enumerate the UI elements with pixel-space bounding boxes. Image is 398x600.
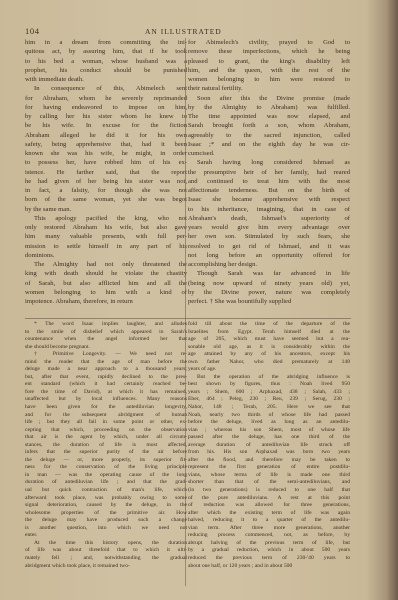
text-line: The Almighty had not only threatened the [25, 260, 187, 269]
page-number: 104 [25, 26, 40, 36]
text-line: of the pure antediluvians. A rest at thi… [188, 495, 350, 503]
text-line: but, after that event, rapidly declined … [25, 374, 187, 382]
text-line: reduced the previous term of 230-'40 yea… [188, 555, 350, 563]
text-line: her own son. Stimulated by such fears, s… [188, 232, 350, 241]
text-line: In consequence of this, Abimelech sent [25, 84, 187, 93]
text-line: Abraham's death, Ishmael's superiority o… [188, 214, 350, 223]
text-line: their natural fertility. [188, 84, 350, 93]
text-line: of reduction was allowed for three gener… [188, 502, 350, 510]
text-line: (in two generations) is reduced to one h… [188, 487, 350, 495]
text-line: mately fell ; and, notwithstanding the g… [25, 555, 187, 563]
text-line: unaffected but by local influences. Many… [25, 396, 187, 404]
text-line: after the flood, and therefore may be ta… [188, 457, 350, 465]
text-line: perfect. † She was bountifully supplied [188, 297, 350, 306]
text-line: ness for the conservation of the living … [25, 464, 187, 472]
text-line: the presumptive heir of her family, had … [188, 168, 350, 177]
text-line: quitous act, by assuring him, that if he… [25, 47, 187, 56]
text-line: and for the subsequent abridgment of hum… [25, 412, 187, 420]
text-line: age attained by any of his ancestors, ex… [188, 351, 350, 359]
text-line: him, and the queen, with the rest of the [188, 66, 350, 75]
text-line: and continued to treat him with the most [188, 177, 350, 186]
text-line: by the Almighty to Abraham) was fulfille… [188, 103, 350, 112]
text-line: for having endeavored to impose on him, [25, 103, 187, 112]
text-line: in fact, a falsity, for though she was n… [25, 186, 187, 195]
footnote-rule [25, 318, 351, 319]
text-line: him many valuable presents, with full pe… [25, 232, 187, 241]
text-line: affectionate tenderness. But on the birt… [188, 186, 350, 195]
text-line: (being now upward of ninety years old) y… [188, 279, 350, 288]
text-line: Though Sarah was far advanced in life [188, 269, 350, 278]
text-line: afterward took place, was probably owing… [25, 495, 187, 503]
text-line: own father Nahor, who died prematurely a… [188, 359, 350, 367]
text-line: for Abimelech's civility, prayed to God … [188, 38, 350, 47]
text-line: women belonging to him were restored to [188, 75, 350, 84]
text-line: istence. He farther said, that the repor… [25, 168, 187, 177]
text-line: the deluge — or, more properly, its supe… [25, 457, 187, 465]
text-line: wholesome properties of the primitive ai… [25, 510, 187, 518]
text-line: years would give him every advantage ove… [188, 223, 350, 232]
text-line: best shown by figures, thus : Noah lived… [188, 381, 350, 389]
body-paragraph: him in a dream from committing the ini-q… [25, 38, 187, 84]
text-line: Eber, 464 ; Peleg, 230 ; Reu, 239 ; Seru… [188, 396, 350, 404]
text-line: vian term. After three more generations,… [188, 525, 350, 533]
text-line: before the deluge, lived as long as an a… [188, 419, 350, 427]
text-line: Isaac she became apprehensive with respe… [188, 195, 350, 204]
text-line: Sarah having long considered Ishmael as [188, 158, 350, 167]
text-line: the deluge may have produced such a chan… [25, 517, 187, 525]
text-line: prophet, his conduct should be punished [25, 66, 187, 75]
text-line: after which the existing term of life wa… [188, 510, 350, 518]
text-line: king with death should he violate the ch… [25, 269, 187, 278]
book-page: 104 AN ILLUSTRATED him in a dream from c… [0, 0, 398, 600]
text-line: that air is the agent by which, under al… [25, 434, 187, 442]
text-line: abrupt halving of the previous term of l… [188, 540, 350, 548]
text-line: only restored Abraham his wife, but also… [25, 223, 187, 232]
text-line: * The word Isaac implies laughter, and a… [25, 321, 187, 329]
text-line: ent standard (which it had certainly rea… [25, 381, 187, 389]
text-line: about one half, or 120 years ; and in ab… [188, 563, 350, 571]
running-head: AN ILLUSTRATED [145, 27, 222, 36]
text-line: halved, reducing it to a quarter of the … [188, 517, 350, 525]
text-line: have been given for the antediluvian lon… [25, 404, 187, 412]
text-line: resolved to get rid of Ishmael, and it w… [188, 242, 350, 251]
text-line: passed after the deluge, has one third o… [188, 434, 350, 442]
text-line: to his inheritance, imagining, that in c… [188, 205, 350, 214]
text-line: sonable old age, as it is considerably w… [188, 344, 350, 352]
text-line: Noah, nearly two thirds of whose life ha… [188, 412, 350, 420]
text-line: for Abraham, whom he severely reprimande… [25, 94, 187, 103]
body-paragraph: Though Sarah was far advanced in life(be… [188, 269, 350, 306]
footnote-paragraph: fold till about the time of the departur… [188, 321, 350, 374]
text-line: duration of antediluvian life ; and that… [25, 479, 187, 487]
page-header: 104 AN ILLUSTRATED [25, 26, 375, 38]
text-line: to his bed a woman, whose husband was a [25, 57, 187, 66]
text-line: dominions. [25, 251, 187, 260]
text-line: from his. His son Arphaxad was born two … [188, 449, 350, 457]
text-line: by a gradual reduction, which in about 5… [188, 547, 350, 555]
text-line: fore the time of David), at which it has… [25, 389, 187, 397]
text-line: reducing process commenced, not, as befo… [188, 532, 350, 540]
text-line: Israelites from Egypt. Terah himself die… [188, 329, 350, 337]
body-paragraph: Sarah having long considered Ishmael ast… [188, 158, 350, 269]
text-line: deluge made a near approach to a thousan… [25, 366, 187, 374]
text-line: he had given of her being his sister was… [25, 177, 187, 186]
text-line: safety, being apprehensive that, had it … [25, 140, 187, 149]
body-paragraph: In consequence of this, Abimelech sentfo… [25, 84, 187, 214]
text-line: is another question, into which we need … [25, 525, 187, 533]
text-line: by the Divine power, nature was complete… [188, 288, 350, 297]
text-line: Abraham alleged he did it for his own [25, 131, 187, 140]
text-line: born of the same woman, yet she was bego… [25, 195, 187, 204]
text-line: years of age. [188, 366, 350, 374]
text-line: life ; but they all fail in some point o… [25, 419, 187, 427]
text-line: years ; Shem, 600 ; Arphaxad, 438 ; Sala… [188, 389, 350, 397]
text-line: Isaac ;* and on the eighth day he was ci… [188, 140, 350, 149]
body-paragraph: This apology pacified the king, who noto… [25, 214, 187, 260]
text-line: cepting that which, proceeding on the ob… [25, 427, 187, 435]
text-line: agreeably to the sacred injunction, call… [188, 131, 350, 140]
left-column: him in a dream from committing the ini-q… [25, 38, 187, 306]
text-line: Soon after this the Divine promise (made [188, 94, 350, 103]
text-line: to possess her, have robbed him of his e… [25, 158, 187, 167]
text-line: she should become pregnant. [25, 344, 187, 352]
text-line: represent the first generation of entire… [188, 464, 350, 472]
text-line: Sarah brought forth a son, whom Abraham, [188, 121, 350, 130]
text-line: At the time this history opens, the dura… [25, 540, 187, 548]
body-paragraph: Soon after this the Divine promise (made… [188, 94, 350, 159]
text-line: ual but quick contraction of man's life,… [25, 487, 187, 495]
text-line: countenance when the angel informed her … [25, 336, 187, 344]
text-line: pleased to grant, the king's disability … [188, 57, 350, 66]
body-paragraph: The Almighty had not only threatened the… [25, 260, 187, 306]
text-line: with immediate death. [25, 75, 187, 84]
text-line: of life was about threefold that to whic… [25, 547, 187, 555]
text-line: of Sarah, but also afflicted him and all… [25, 279, 187, 288]
footnotes-right: fold till about the time of the departur… [188, 321, 350, 570]
text-line: cumcised. [188, 149, 350, 158]
text-line: mission to settle himself in any part of… [25, 242, 187, 251]
text-line: him in a dream from committing the ini- [25, 38, 187, 47]
text-line: by calling her his sister whom he knew t… [25, 112, 187, 121]
text-line: This apology pacified the king, who not [25, 214, 187, 223]
text-line: fold till about the time of the departur… [188, 321, 350, 329]
text-line: vian ; whereas his son Shem, most of who… [188, 427, 350, 435]
footnotes-left: * The word Isaac implies laughter, and a… [25, 321, 187, 570]
text-line: age of 205, which must have seemed but a… [188, 336, 350, 344]
text-line: stances, the duration of life is most af… [25, 442, 187, 450]
footnote-paragraph: † Primitive Longevity. — We need not re-… [25, 351, 187, 540]
text-line: abridgment which took place, it remained… [25, 563, 187, 571]
text-line: vians, whose terms of life is made one t… [188, 472, 350, 480]
text-line: known she was his wife, he might, in ord… [25, 149, 187, 158]
text-line: enter. [25, 532, 187, 540]
text-line: not long before an opportunity offered f… [188, 251, 350, 260]
text-line: to the smile of disbelief which appeared… [25, 329, 187, 337]
text-line: average duration of antediluvian life st… [188, 442, 350, 450]
text-line: women belonging to him with a kind of [25, 288, 187, 297]
text-line: be his wife. In excuse for the fiction [25, 121, 187, 130]
body-paragraph: for Abimelech's civility, prayed to God … [188, 38, 350, 94]
footnote-paragraph: At the time this history opens, the dura… [25, 540, 187, 570]
text-line: signal deterioration, caused by the delu… [25, 502, 187, 510]
right-column: for Abimelech's civility, prayed to God … [188, 38, 350, 306]
text-line: remove these imperfections, which he bei… [188, 47, 350, 56]
text-line: in man — was the operating cause of the … [25, 472, 187, 480]
text-line: Nahor, 148 ; Terah, 205. Here we see tha… [188, 404, 350, 412]
text-line: impotence. Abraham, therefore, in return [25, 297, 187, 306]
footnote-paragraph: * The word Isaac implies laughter, and a… [25, 321, 187, 351]
text-line: mind the reader that the age of man befo… [25, 359, 187, 367]
footnote-paragraph: But the operation of the abridging influ… [188, 374, 350, 570]
text-line: shorter than that of the semi-antediluvi… [188, 479, 350, 487]
text-line: accomplishing her design. [188, 260, 350, 269]
text-line: † Primitive Longevity. — We need not re- [25, 351, 187, 359]
text-line: But the operation of the abridging influ… [188, 374, 350, 382]
text-line: by the same man. [25, 205, 187, 214]
text-line: The time appointed was now elapsed, and [188, 112, 350, 121]
text-line: infers that the superior purity of the a… [25, 449, 187, 457]
